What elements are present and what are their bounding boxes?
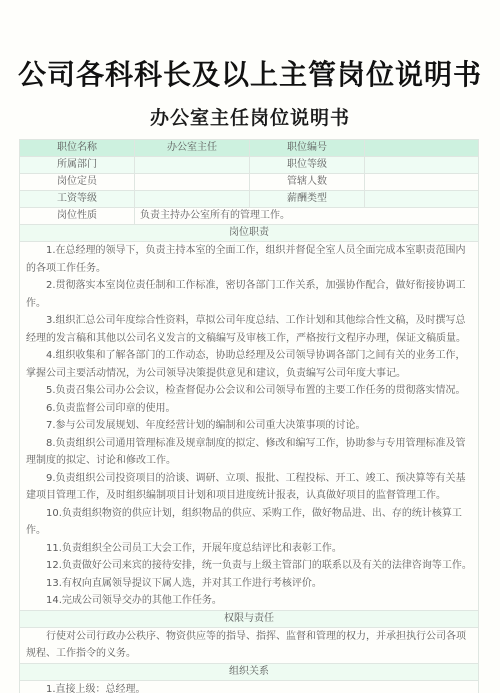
duty-item: 5.负责召集公司办公会议，检查督促办公会议和公司领导布置的主要工作任务的贯彻落实… (26, 382, 472, 400)
value-subordinates (365, 174, 479, 191)
sub-title: 办公室主任岗位说明书 (0, 106, 500, 130)
label-position-nature: 岗位性质 (20, 208, 135, 225)
section-authority-title: 权限与责任 (20, 610, 479, 627)
section-duties-header: 岗位职责 (20, 225, 479, 242)
value-position-level (365, 157, 479, 174)
value-position-nature: 负责主持办公室所有的管理工作。 (135, 208, 479, 225)
duty-item: 11.负责组织全公司员工大会工作，开展年度总结评比和表彰工作。 (26, 540, 472, 558)
section-organization-title: 组织关系 (20, 663, 479, 680)
label-position-name: 职位名称 (20, 140, 135, 157)
table-row-salary-grade: 工资等级 薪酬类型 (20, 191, 479, 208)
duty-item: 8.负责组织公司通用管理标准及规章制度的拟定、修改和编写工作，协助参与专用管理标… (26, 435, 472, 470)
section-duties-body: 1.在总经理的领导下，负责主持本室的全面工作，组织并督促全室人员全面完成本室职责… (20, 242, 479, 611)
duty-item: 7.参与公司发展规划、年度经营计划的编制和公司重大决策事项的讨论。 (26, 417, 472, 435)
label-pay-type: 薪酬类型 (250, 191, 365, 208)
duty-item: 13.有权向直属领导提议下属人选，并对其工作进行考核评价。 (26, 575, 472, 593)
table-row-position-nature: 岗位性质 负责主持办公室所有的管理工作。 (20, 208, 479, 225)
table-row-position-name: 职位名称 办公室主任 职位编号 (20, 140, 479, 157)
value-position-name: 办公室主任 (135, 140, 250, 157)
duty-item: 14.完成公司领导交办的其他工作任务。 (26, 592, 472, 610)
duty-item: 1.在总经理的领导下，负责主持本室的全面工作，组织并督促全室人员全面完成本室职责… (26, 242, 472, 277)
label-position-code: 职位编号 (250, 140, 365, 157)
section-duties-title: 岗位职责 (20, 225, 479, 242)
table-row-department: 所属部门 职位等级 (20, 157, 479, 174)
duty-item: 2.贯彻落实本室岗位责任制和工作标准，密切各部门工作关系，加强协作配合，做好衔接… (26, 277, 472, 312)
organization-item: 1.直接上级：总经理。 (26, 681, 472, 693)
label-department: 所属部门 (20, 157, 135, 174)
duty-item: 9.负责组织公司投资项目的洽谈、调研、立项、报批、工程投标、开工、竣工、预决算等… (26, 470, 472, 505)
duties-list: 1.在总经理的领导下，负责主持本室的全面工作，组织并督促全室人员全面完成本室职责… (20, 242, 479, 611)
duty-item: 4.组织收集和了解各部门的工作动态，协助总经理及公司领导协调各部门之间有关的业务… (26, 347, 472, 382)
section-organization-header: 组织关系 (20, 663, 479, 680)
duty-item: 10.负责组织物资的供应计划，组织物品的供应、采购工作，做好物品进、出、存的统计… (26, 505, 472, 540)
value-department (135, 157, 250, 174)
authority-text: 行使对公司行政办公秩序、物资供应等的指导、指挥、监督和管理的权力，并承担执行公司… (26, 628, 472, 663)
value-position-code (365, 140, 479, 157)
section-authority-body: 行使对公司行政办公秩序、物资供应等的指导、指挥、监督和管理的权力，并承担执行公司… (20, 627, 479, 663)
label-subordinates: 管辖人数 (250, 174, 365, 191)
section-organization-body: 1.直接上级：总经理。 (20, 680, 479, 693)
authority-content: 行使对公司行政办公秩序、物资供应等的指导、指挥、监督和管理的权力，并承担执行公司… (20, 627, 479, 663)
duty-item: 12.负责做好公司来宾的接待安排，统一负责与上级主管部门的联系以及有关的法律咨询… (26, 557, 472, 575)
duty-item: 6.负责监督公司印章的使用。 (26, 400, 472, 418)
section-authority-header: 权限与责任 (20, 610, 479, 627)
value-pay-type (365, 191, 479, 208)
label-headcount: 岗位定员 (20, 174, 135, 191)
label-salary-grade: 工资等级 (20, 191, 135, 208)
main-title: 公司各科科长及以上主管岗位说明书 (0, 58, 500, 92)
duty-item: 3.组织汇总公司年度综合性资料，草拟公司年度总结、工作计划和其他综合性文稿，及时… (26, 312, 472, 347)
value-headcount (135, 174, 250, 191)
job-description-table: 职位名称 办公室主任 职位编号 所属部门 职位等级 岗位定员 管辖人数 工资等级… (19, 139, 479, 693)
organization-content: 1.直接上级：总经理。 (20, 680, 479, 693)
table-row-headcount: 岗位定员 管辖人数 (20, 174, 479, 191)
value-salary-grade (135, 191, 250, 208)
label-position-level: 职位等级 (250, 157, 365, 174)
